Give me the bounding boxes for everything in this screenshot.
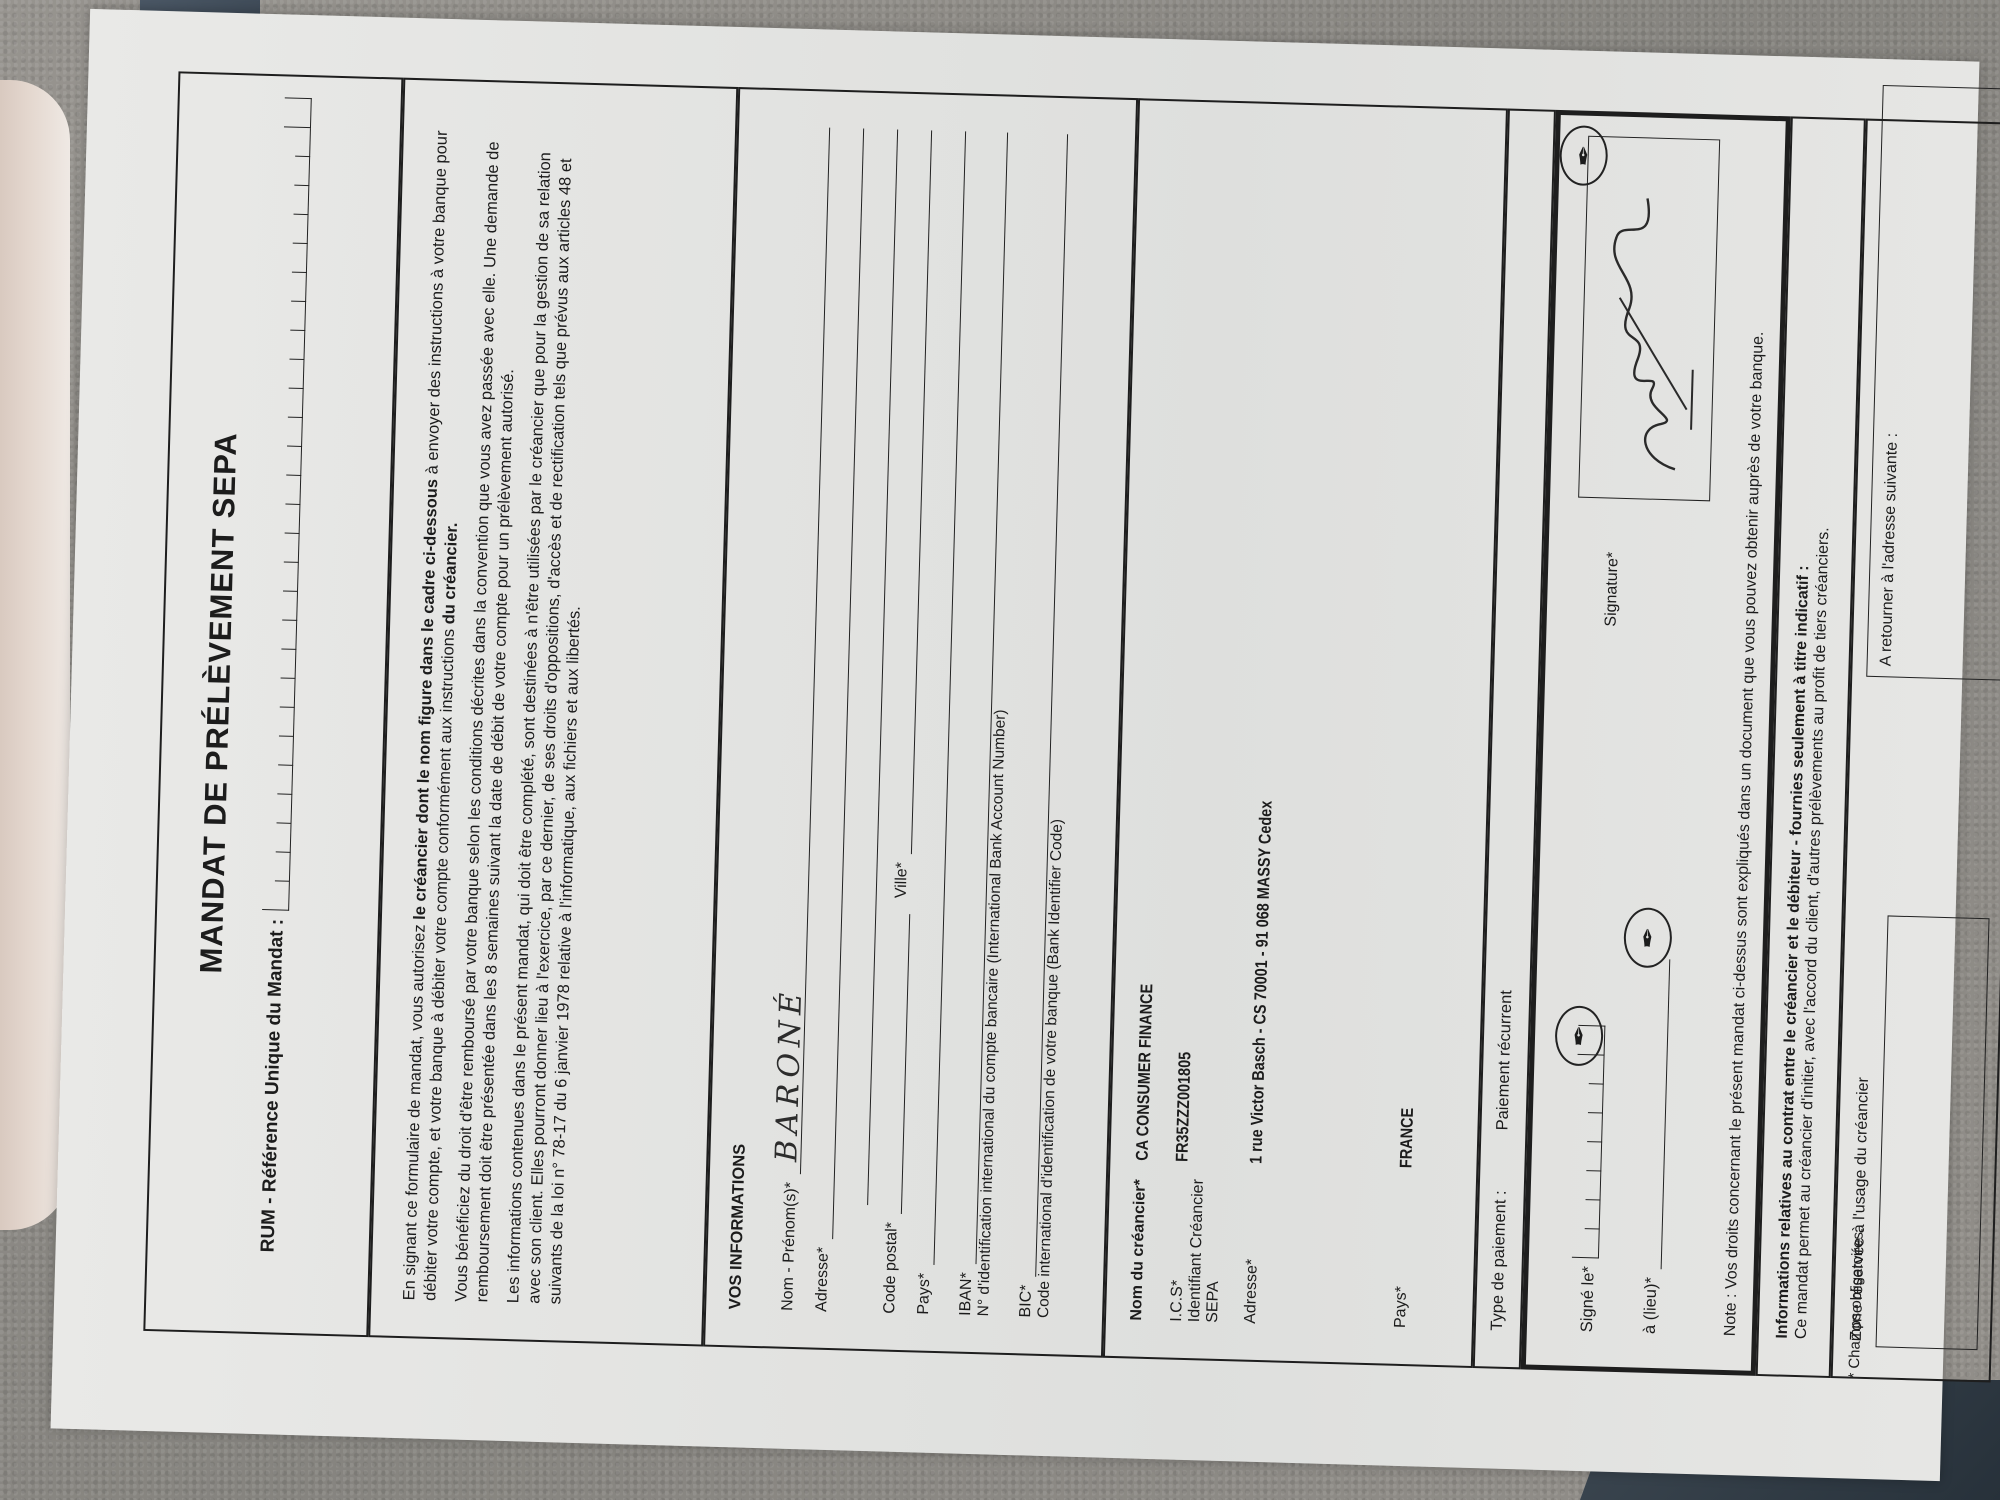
return-address-box: A retourner à l'adresse suivante : [1866, 85, 2000, 681]
return-address-label: A retourner à l'adresse suivante : [1878, 433, 1902, 667]
sepa-mandate-form: MANDAT DE PRÉLÈVEMENT SEPA RUM - Référen… [51, 9, 1980, 1481]
handwritten-name: BARONÉ [769, 986, 809, 1162]
creancier-country-row: Pays* FRANCE [1392, 144, 1445, 1328]
rum-label: RUM - Référence Unique du Mandat : [258, 919, 289, 1253]
handwritten-signature [1579, 137, 1719, 500]
signature-section: Signé le* à (lieu)* ✒ ✒ Signature* [1521, 110, 1791, 1376]
payment-type-label: Type de paiement : [1488, 1190, 1512, 1331]
vos-informations-section: VOS INFORMATIONS Nom - Prénom(s)* BARONÉ… [703, 87, 1138, 1358]
rum-comb-input[interactable] [263, 98, 312, 911]
creancier-section: Nom du créancier* CA CONSUMER FINANCE I.… [1103, 98, 1508, 1368]
payment-type-value: Paiement récurrent [1493, 990, 1517, 1131]
creancier-ics-row: I.C.S*Identifiant Créancier SEPA FR35ZZZ… [1168, 138, 1255, 1323]
signature-label: Signature* [1603, 552, 1623, 627]
form-frame: MANDAT DE PRÉLÈVEMENT SEPA RUM - Référen… [143, 71, 1868, 1378]
paper-container: MANDAT DE PRÉLÈVEMENT SEPA RUM - Référen… [40, 10, 1990, 1480]
page-title: MANDAT DE PRÉLÈVEMENT SEPA [183, 74, 254, 1331]
intro-section: En signant ce formulaire de mandat, vous… [368, 78, 738, 1347]
title-section: MANDAT DE PRÉLÈVEMENT SEPA RUM - Référen… [143, 71, 403, 1337]
signed-place-field[interactable]: à (lieu)* [1637, 959, 1670, 1334]
signature-box[interactable] [1578, 136, 1720, 502]
rum-field[interactable]: RUM - Référence Unique du Mandat : [254, 76, 313, 1252]
creditor-zone-box [1876, 915, 1990, 1350]
